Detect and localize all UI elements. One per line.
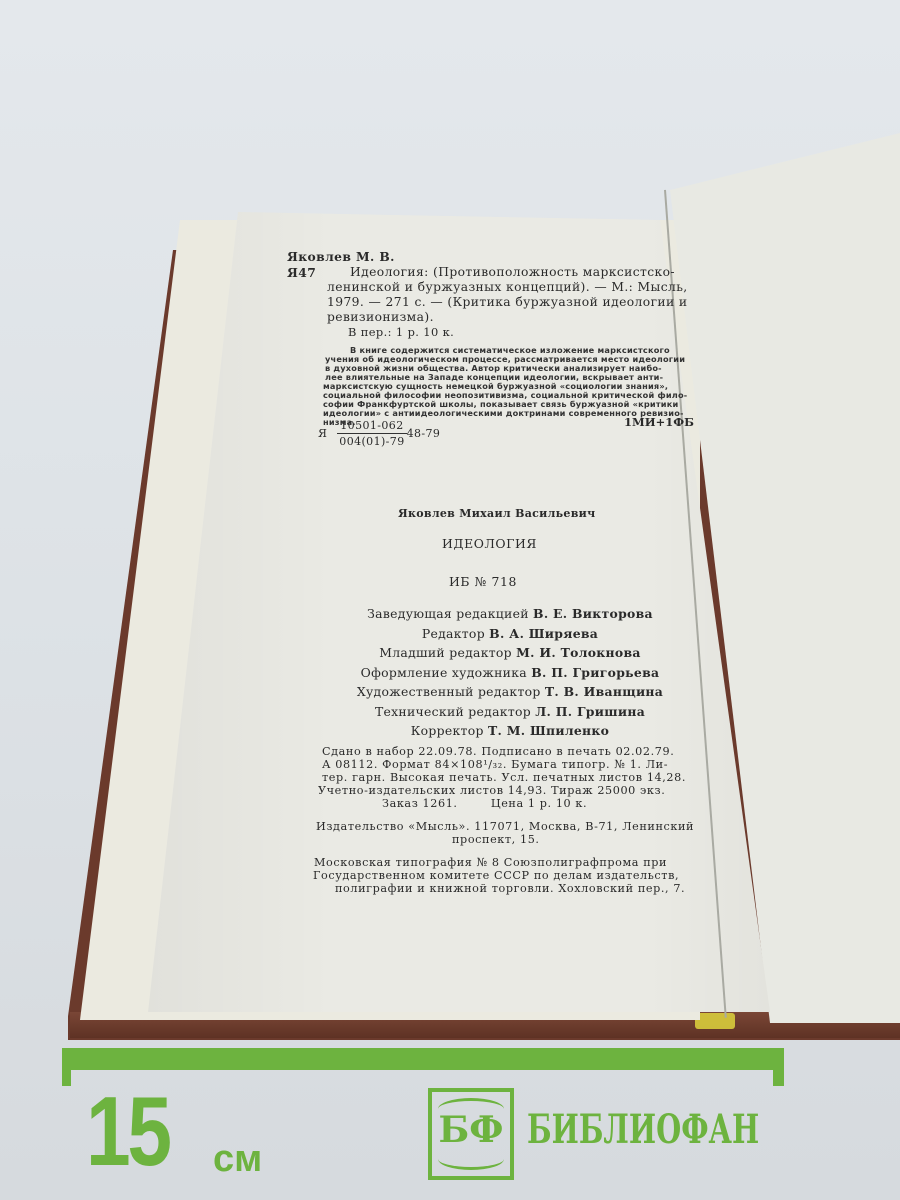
credit-name: М. И. Толокнова — [516, 645, 641, 660]
credit-role: Технический редактор — [375, 704, 531, 719]
ruler-tick-left — [62, 1048, 71, 1086]
imprint-line: Заказ 1261. Цена 1 р. 10 к. — [382, 797, 587, 810]
credit-name: Т. В. Иванщина — [545, 684, 663, 699]
author-full-name: Яковлев Михаил Васильевич — [398, 507, 595, 520]
credit-name: Л. П. Гришина — [535, 704, 645, 719]
catalog-code: Я10501-062004(01)-7948-79 — [318, 418, 440, 450]
credit-role: Младший редактор — [379, 645, 512, 660]
printer-line: полиграфии и книжной торговли. Хохловски… — [335, 882, 685, 895]
credit-name: В. П. Григорьева — [531, 665, 659, 680]
credit-line: Технический редактор Л. П. Гришина — [340, 702, 680, 722]
credits-list: Заведующая редакцией В. Е. Викторова Ред… — [340, 604, 680, 741]
price-line: В пер.: 1 р. 10 к. — [348, 325, 454, 340]
credit-line: Редактор В. А. Ширяева — [340, 624, 680, 644]
scale-ruler — [62, 1048, 784, 1070]
credit-name: Т. М. Шпиленко — [488, 723, 609, 738]
credit-role: Оформление художника — [361, 665, 527, 680]
credit-line: Заведующая редакцией В. Е. Викторова — [340, 604, 680, 624]
ib-number: ИБ № 718 — [449, 574, 517, 589]
credit-name: В. Е. Викторова — [533, 606, 653, 621]
credit-role: Заведующая редакцией — [367, 606, 529, 621]
credit-role: Корректор — [411, 723, 484, 738]
printer-line: Государственном комитете СССР по делам и… — [313, 869, 679, 882]
credit-line: Младший редактор М. И. Толокнова — [340, 643, 680, 663]
bib-line: Идеология: (Противоположность марксистск… — [350, 265, 675, 280]
bib-line: 1979. — 271 с. — (Критика буржуазной иде… — [327, 295, 688, 310]
classification-code: 1МИ+1ФБ — [624, 415, 694, 429]
book-bottom-curve — [438, 1159, 504, 1170]
imprint-line: Учетно-издательских листов 14,93. Тираж … — [318, 784, 665, 797]
publisher-line: Издательство «Мысль». 117071, Москва, В-… — [316, 820, 694, 833]
credit-line: Корректор Т. М. Шпиленко — [340, 721, 680, 741]
imprint-line: Сдано в набор 22.09.78. Подписано в печа… — [322, 745, 674, 758]
bib-line: ревизионизма). — [327, 310, 434, 325]
printer-line: Московская типография № 8 Союзполиграфпр… — [314, 856, 667, 869]
credit-name: В. А. Ширяева — [489, 626, 598, 641]
book-top-curve — [438, 1098, 504, 1109]
credit-role: Художественный редактор — [357, 684, 541, 699]
open-book-icon: БФ — [428, 1088, 514, 1180]
code-denominator: 004(01)-79 — [337, 434, 406, 449]
ruler-tick-right — [773, 1048, 784, 1086]
imprint-line: А 08112. Формат 84×108¹/₃₂. Бумага типог… — [322, 758, 668, 771]
code-prefix: Я — [318, 426, 327, 441]
credit-line: Оформление художника В. П. Григорьева — [340, 663, 680, 683]
publisher-line: проспект, 15. — [452, 833, 540, 846]
tape-mark — [695, 1013, 735, 1029]
bib-line: ленинской и буржуазных концепций). — М.:… — [327, 280, 688, 295]
book-title: ИДЕОЛОГИЯ — [442, 536, 537, 551]
call-number: Я47 — [287, 265, 316, 280]
brand-name: БИБЛИОФАН — [527, 1110, 759, 1150]
code-fraction: 10501-062004(01)-79 — [337, 418, 406, 450]
ruler-length-unit: см — [213, 1140, 262, 1178]
logo-letters: БФ — [432, 1112, 510, 1148]
ruler-length-value: 15 — [86, 1082, 169, 1180]
code-numerator: 10501-062 — [337, 418, 406, 434]
code-suffix: 48-79 — [407, 426, 441, 441]
credit-line: Художественный редактор Т. В. Иванщина — [340, 682, 680, 702]
imprint-line: тер. гарн. Высокая печать. Усл. печатных… — [322, 771, 686, 784]
credit-role: Редактор — [422, 626, 485, 641]
author-heading: Яковлев М. В. — [287, 249, 395, 264]
